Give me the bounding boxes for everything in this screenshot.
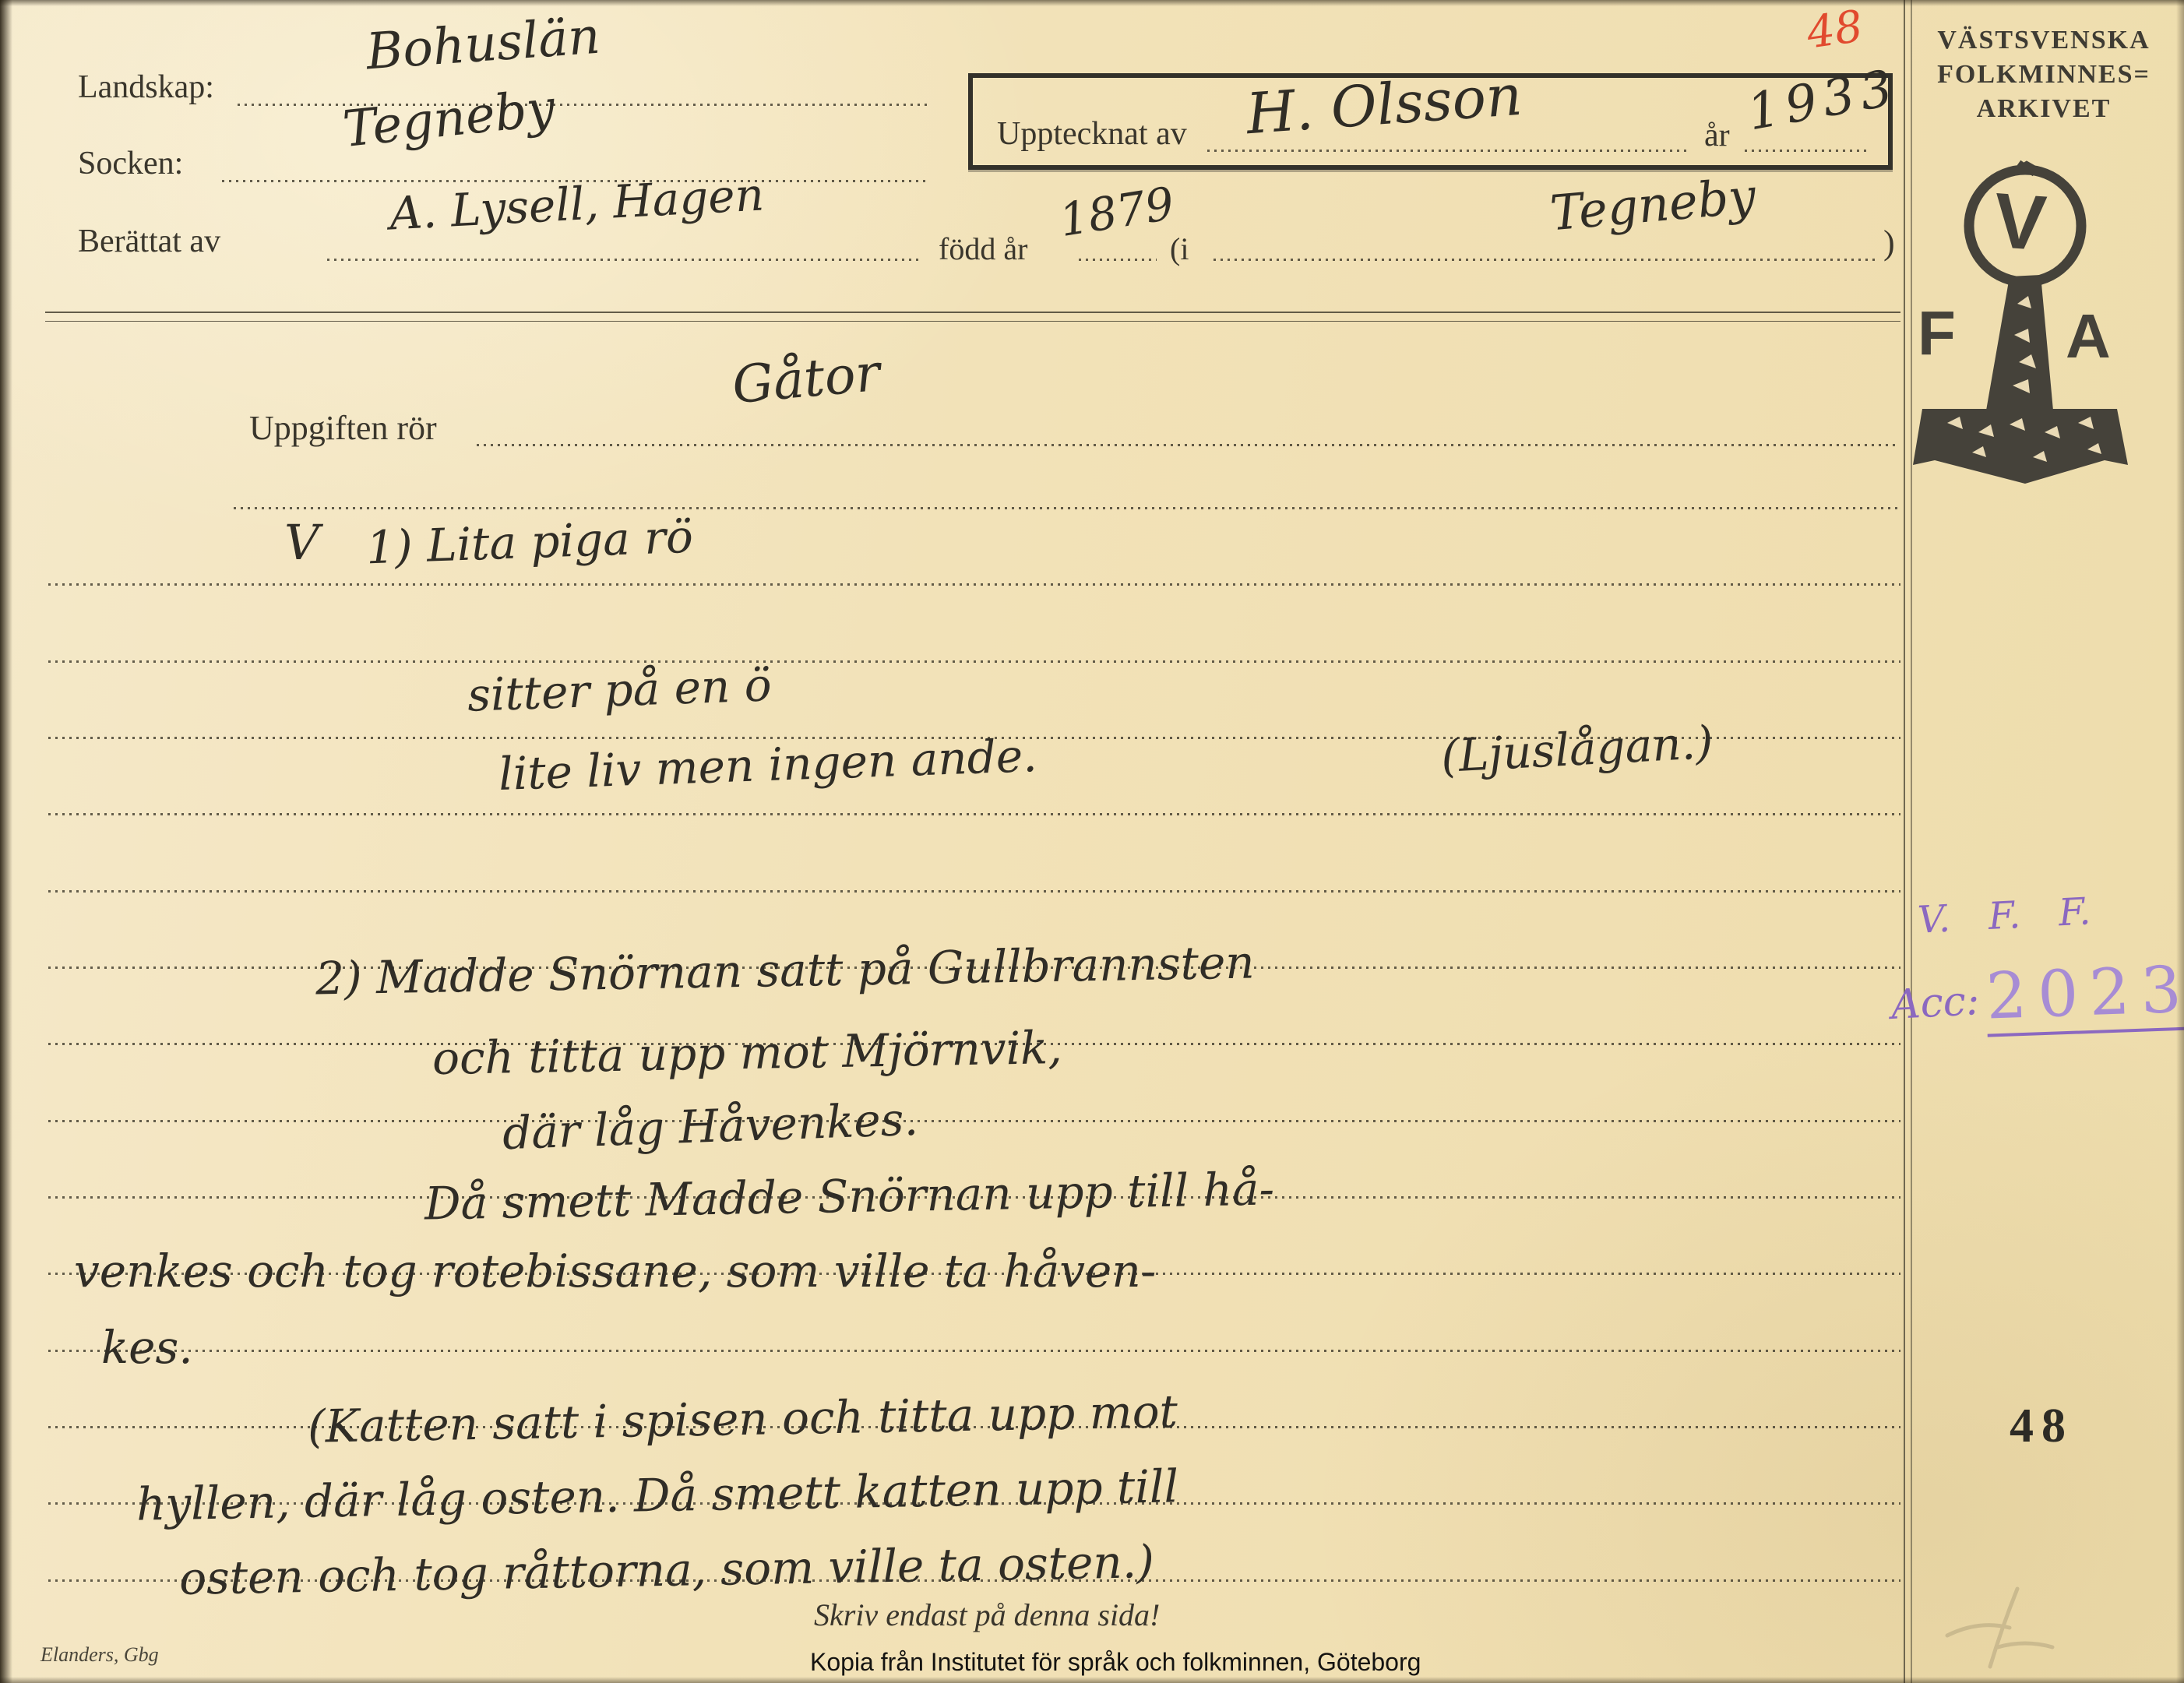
scan-edge-right — [2176, 0, 2184, 1683]
socken-value-handwriting: Tegneby — [340, 79, 558, 159]
write-only-this-side-note: Skriv endast på denna sida! — [814, 1597, 1160, 1633]
fodd-ar-label: född år — [939, 231, 1027, 267]
acc-stamp-number: 2023 — [1985, 952, 2184, 1037]
riddle-line: 1) Lita piga rö — [365, 510, 694, 575]
riddle-line: Då smett Madde Snörnan upp till hå- — [424, 1162, 1274, 1230]
riddle-answer: (Ljuslågan.) — [1439, 716, 1714, 783]
document-scan: Landskap: Bohuslän Socken: Tegneby Uppte… — [0, 0, 2184, 1683]
landskap-value-handwriting: Bohuslän — [365, 8, 602, 82]
vff-stamp: V. F. F. — [1917, 889, 2092, 942]
ar-dotted-line — [1745, 150, 1869, 152]
red-page-number: 48 — [1804, 1, 1866, 58]
archive-name-line3: ARKIVET — [1918, 92, 2170, 126]
paren-open-label: (i — [1170, 231, 1189, 267]
paren-place-handwriting: Tegneby — [1548, 167, 1758, 242]
scan-edge-left — [0, 0, 12, 1683]
riddle-line: kes. — [101, 1321, 193, 1374]
riddle-line: hyllen, där låg osten. Då smett katten u… — [136, 1459, 1179, 1530]
fodd-ar-value-handwriting: 1879 — [1056, 177, 1178, 247]
pencil-scribble — [1924, 1573, 2158, 1682]
logo-letter-a: A — [2066, 301, 2111, 372]
scan-edge-bottom — [0, 1677, 2184, 1683]
subject-dotted-line — [477, 444, 1899, 446]
logo-letter-f: F — [1918, 298, 1956, 369]
header-divider-bottom — [45, 321, 1900, 322]
writing-line — [234, 507, 1900, 509]
logo-letter-v: V — [1991, 176, 2049, 269]
ar-label: år — [1704, 117, 1730, 154]
riddle-line: och titta upp mot Mjörnvik, — [432, 1021, 1062, 1085]
berattat-dotted-line — [327, 259, 923, 261]
paren-dotted-line — [1214, 259, 1879, 261]
landskap-label: Landskap: — [78, 69, 214, 106]
writing-line — [48, 583, 1900, 586]
socken-label: Socken: — [78, 145, 183, 182]
riddle-line: (Katten satt i spisen och titta upp mot — [307, 1385, 1178, 1452]
riddle-line: 2) Madde Snörnan satt på Gullbrannsten — [315, 935, 1255, 1005]
checkmark-handwriting: V — [284, 514, 319, 571]
writing-line — [48, 813, 1900, 815]
writing-line — [48, 890, 1900, 893]
header-divider-top — [45, 312, 1900, 313]
printer-imprint: Elanders, Gbg — [41, 1643, 159, 1667]
riddle-line: där låg Håvenkes. — [502, 1093, 919, 1160]
subject-label: Uppgiften rör — [249, 408, 437, 448]
paren-close-label: ) — [1883, 223, 1895, 262]
archive-name-line1: VÄSTSVENSKA — [1918, 23, 2170, 58]
hammer-handle — [1986, 275, 2053, 410]
subject-value-handwriting: Gåtor — [730, 343, 882, 415]
berattat-label: Berättat av — [78, 223, 220, 260]
upptecknat-label: Upptecknat av — [997, 115, 1187, 153]
writing-line — [48, 660, 1900, 663]
riddle-line: sitter på en ö — [467, 658, 773, 722]
fodd-ar-dotted-line — [1079, 259, 1157, 261]
archive-copy-note: Kopia från Institutet för språk och folk… — [810, 1648, 1421, 1677]
riddle-line: lite liv men ingen ande. — [498, 729, 1038, 801]
archive-name-line2: FOLKMINNES= — [1918, 58, 2170, 92]
black-page-number: 48 — [2010, 1399, 2073, 1454]
writing-line — [48, 1120, 1900, 1122]
scan-edge-top — [0, 0, 2184, 6]
riddle-line: osten och tog råttorna, som ville ta ost… — [179, 1535, 1155, 1605]
berattat-value-handwriting: A. Lysell, Hagen — [389, 167, 766, 240]
writing-line — [48, 1350, 1900, 1352]
riddle-line: venkes och tog rotebissane, som ville ta… — [74, 1245, 1156, 1297]
upptecknat-dotted-line — [1207, 150, 1686, 152]
acc-stamp-label: Acc: — [1890, 977, 1981, 1029]
